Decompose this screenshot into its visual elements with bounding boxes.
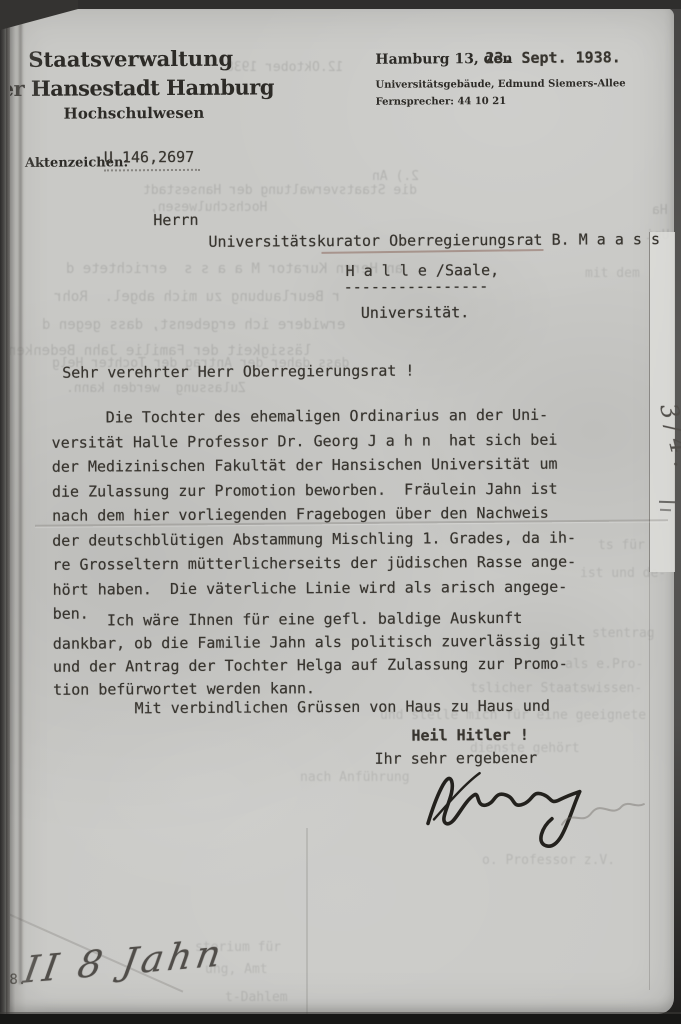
- left-fold-line: [19, 20, 22, 984]
- top-edge-band: [0, 0, 681, 9]
- reference-number: U 146,2697: [104, 148, 200, 172]
- closing-line: Mit verbindlichen Grüssen von Haus zu Ha…: [53, 697, 550, 718]
- vertical-crease: [306, 828, 308, 1014]
- letterhead-phone: Fernsprecher: 44 10 21: [376, 96, 507, 108]
- faint-pencil-scribble: [558, 796, 648, 837]
- letter-content: Staatsverwaltung der Hansestadt Hamburg …: [0, 0, 681, 1024]
- greeting-line: Sehr verehrter Herr Oberregierungsrat !: [62, 362, 414, 382]
- letterhead-org-line1: Staatsverwaltung: [28, 46, 233, 72]
- recipient-org: Universität.: [361, 303, 469, 322]
- margin-pen-mark: [660, 509, 671, 511]
- recipient-herrn: Herrn: [153, 211, 198, 229]
- page-stack-edge: [0, 0, 10, 1024]
- recipient-city-underline: ----------------: [344, 277, 489, 296]
- letterhead-address: Universitätsgebäude, Edmund Siemers-Alle…: [375, 78, 625, 91]
- bottom-edge-band: [0, 1014, 681, 1024]
- paragraph-1: Die Tochter des ehemaligen Ordinarius an…: [51, 403, 576, 627]
- photographed-letter: 12.Oktober 1938die Staatsverwaltung der …: [0, 0, 681, 1024]
- letter-date: 23. Sept. 1938.: [485, 48, 621, 67]
- letterhead-org-line2: der Hansestadt Hamburg: [0, 74, 274, 101]
- letterhead-department: Hochschulwesen: [64, 104, 205, 123]
- heil-hitler-line: Heil Hitler !: [411, 726, 529, 745]
- recipient-name: Universitätskurator Oberregierungsrat B.…: [208, 230, 660, 251]
- paragraph-2: Ich wäre Ihnen für eine gefl. baldige Au…: [53, 607, 586, 702]
